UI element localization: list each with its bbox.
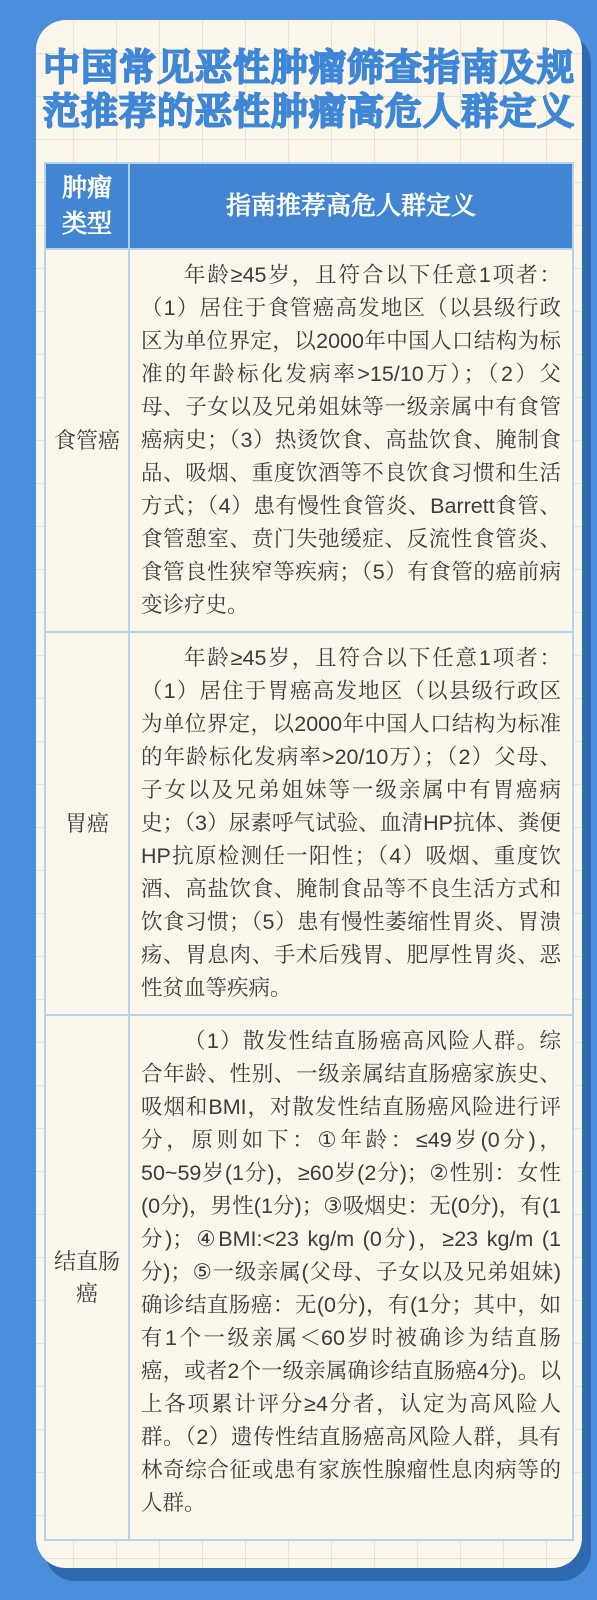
header-cell-tumor-type: 肿瘤类型 [46,164,130,248]
page-title: 中国常见恶性肿瘤筛查指南及规 范推荐的恶性肿瘤高危人群定义 [36,46,582,134]
table-row-esophageal-cancer: 食管癌 年龄≥45岁，且符合以下任意1项者：（1）居住于食管癌高发地区（以县级行… [46,248,572,631]
definition-cell: 年龄≥45岁，且符合以下任意1项者：（1）居住于食管癌高发地区（以县级行政区为单… [130,250,572,631]
tumor-type-cell: 结直肠癌 [46,1016,130,1539]
page-title-line-2: 范推荐的恶性肿瘤高危人群定义 [36,90,582,134]
table-row-colorectal-cancer: 结直肠癌 （1）散发性结直肠癌高风险人群。综合年龄、性别、一级亲属结直肠癌家族史… [46,1014,572,1539]
table-row-gastric-cancer: 胃癌 年龄≥45岁，且符合以下任意1项者：（1）居住于胃癌高发地区（以县级行政区… [46,631,572,1014]
definition-cell: 年龄≥45岁，且符合以下任意1项者：（1）居住于胃癌高发地区（以县级行政区为单位… [130,633,572,1014]
table-header-row: 肿瘤类型 指南推荐高危人群定义 [46,164,572,248]
tumor-type-cell: 食管癌 [46,250,130,631]
definition-cell: （1）散发性结直肠癌高风险人群。综合年龄、性别、一级亲属结直肠癌家族史、吸烟和B… [130,1016,572,1539]
tumor-type-cell: 胃癌 [46,633,130,1014]
poster-card: 中国常见恶性肿瘤筛查指南及规 范推荐的恶性肿瘤高危人群定义 肿瘤类型 指南推荐高… [36,20,582,1568]
infographic-page: { "title": { "lines": [ "中国常见恶性肿瘤筛查指南及规"… [0,0,597,1600]
risk-table: 肿瘤类型 指南推荐高危人群定义 食管癌 年龄≥45岁，且符合以下任意1项者：（1… [44,162,574,1541]
page-title-line-1: 中国常见恶性肿瘤筛查指南及规 [36,46,582,90]
header-cell-definition: 指南推荐高危人群定义 [130,164,572,248]
